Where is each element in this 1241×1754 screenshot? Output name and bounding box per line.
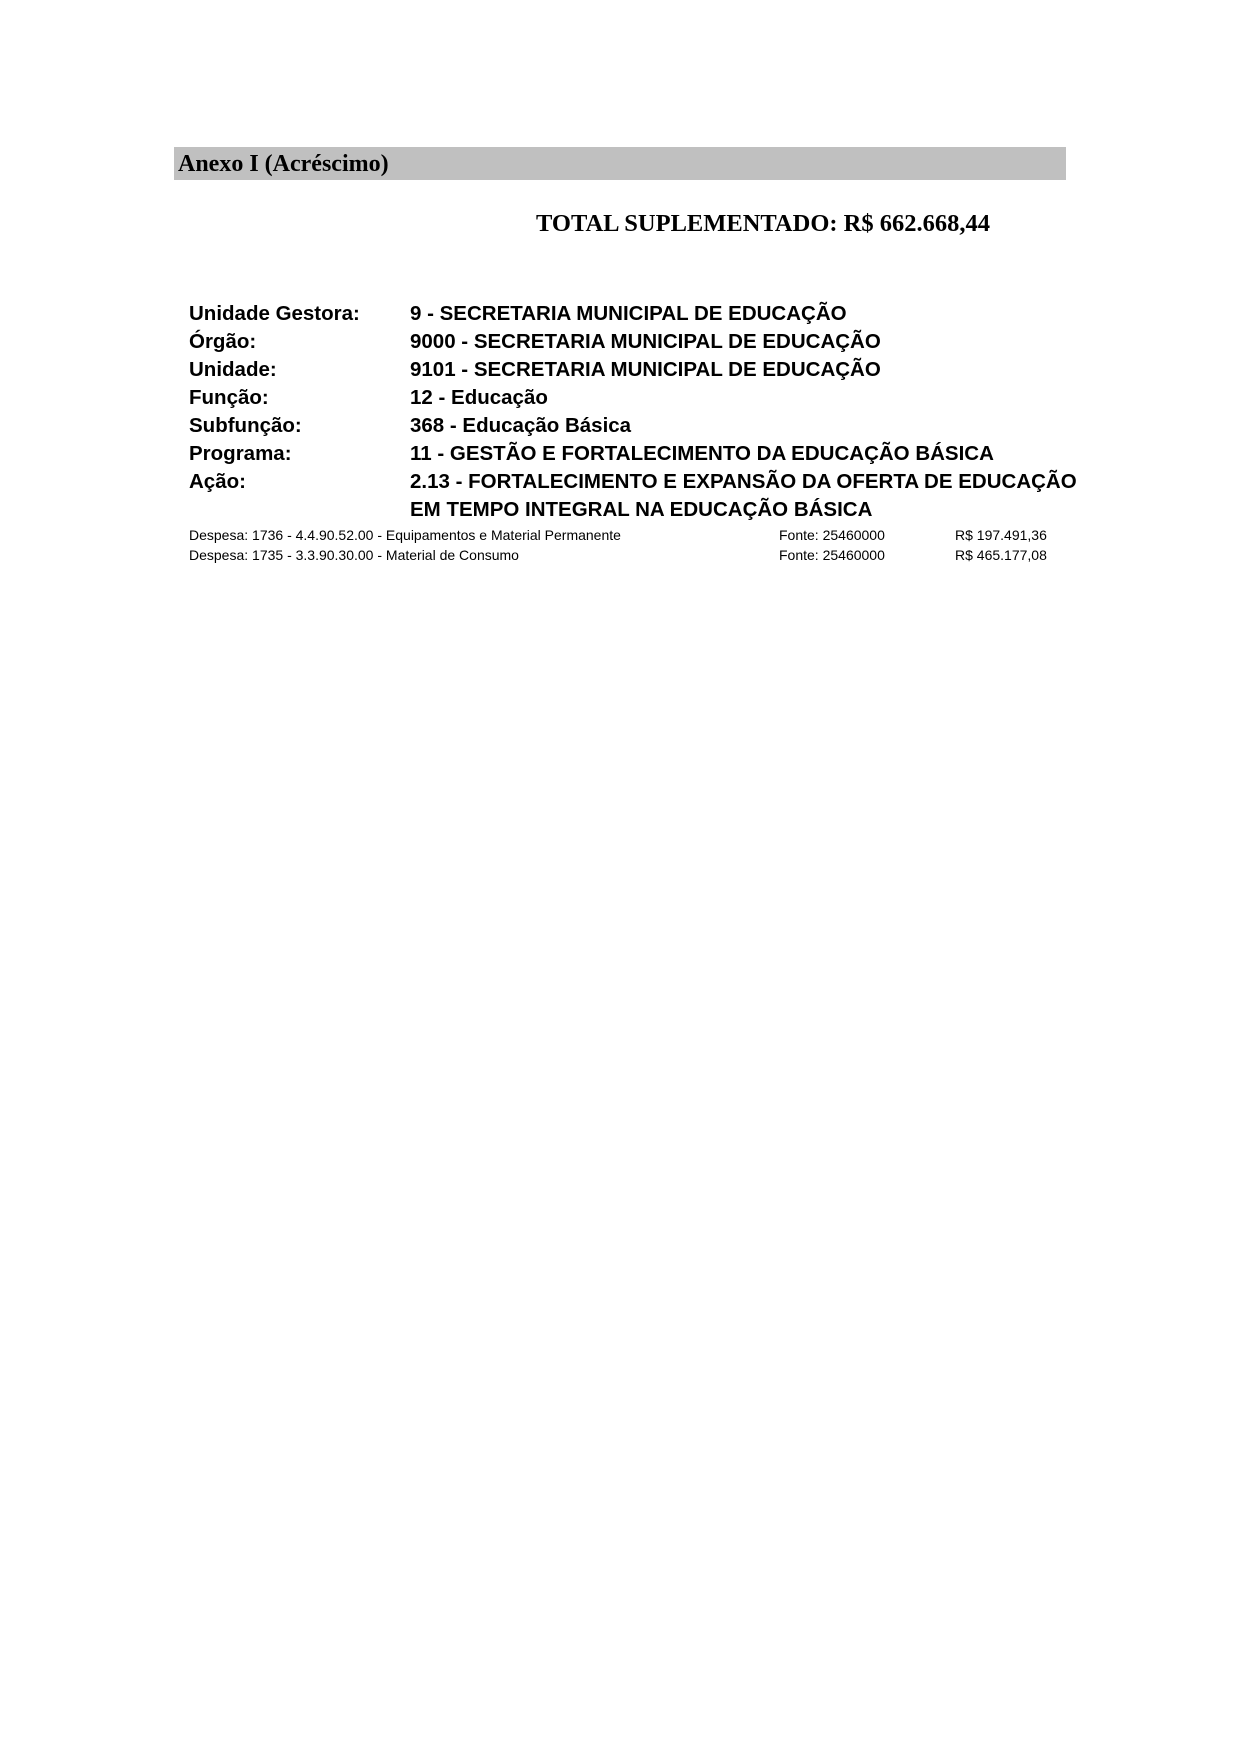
field-value: 9000 - SECRETARIA MUNICIPAL DE EDUCAÇÃO	[410, 328, 1069, 356]
field-label: Subfunção:	[189, 412, 410, 440]
expense-amount: R$ 465.177,08	[955, 545, 1047, 565]
field-subfuncao: Subfunção: 368 - Educação Básica	[189, 412, 1069, 440]
expense-row: Despesa: 1735 - 3.3.90.30.00 - Material …	[189, 545, 1069, 565]
field-label: Função:	[189, 384, 410, 412]
field-orgao: Órgão: 9000 - SECRETARIA MUNICIPAL DE ED…	[189, 328, 1069, 356]
field-value: 9101 - SECRETARIA MUNICIPAL DE EDUCAÇÃO	[410, 356, 1069, 384]
annex-title: Anexo I (Acréscimo)	[178, 149, 389, 179]
expense-fonte: Fonte: 25460000	[779, 545, 885, 565]
field-label: Órgão:	[189, 328, 410, 356]
field-unidade: Unidade: 9101 - SECRETARIA MUNICIPAL DE …	[189, 356, 1069, 384]
field-label: Programa:	[189, 440, 410, 468]
expense-amount: R$ 197.491,36	[955, 525, 1047, 545]
expense-fonte: Fonte: 25460000	[779, 525, 885, 545]
expense-description: Despesa: 1735 - 3.3.90.30.00 - Material …	[189, 545, 519, 565]
field-value: 11 - GESTÃO E FORTALECIMENTO DA EDUCAÇÃO…	[410, 440, 1069, 468]
field-label: Ação:	[189, 468, 410, 524]
field-value: 2.13 - FORTALECIMENTO E EXPANSÃO DA OFER…	[410, 468, 1077, 524]
field-acao: Ação: 2.13 - FORTALECIMENTO E EXPANSÃO D…	[189, 468, 1069, 524]
field-value: 12 - Educação	[410, 384, 1069, 412]
total-supplemented: TOTAL SUPLEMENTADO: R$ 662.668,44	[536, 209, 990, 239]
field-unidade-gestora: Unidade Gestora: 9 - SECRETARIA MUNICIPA…	[189, 300, 1069, 328]
field-funcao: Função: 12 - Educação	[189, 384, 1069, 412]
budget-classification: Unidade Gestora: 9 - SECRETARIA MUNICIPA…	[189, 300, 1069, 524]
field-label: Unidade Gestora:	[189, 300, 410, 328]
expense-list: Despesa: 1736 - 4.4.90.52.00 - Equipamen…	[189, 525, 1069, 565]
annex-header-bar: Anexo I (Acréscimo)	[174, 147, 1066, 180]
field-label: Unidade:	[189, 356, 410, 384]
expense-description: Despesa: 1736 - 4.4.90.52.00 - Equipamen…	[189, 525, 621, 545]
field-value: 9 - SECRETARIA MUNICIPAL DE EDUCAÇÃO	[410, 300, 1069, 328]
field-programa: Programa: 11 - GESTÃO E FORTALECIMENTO D…	[189, 440, 1069, 468]
field-value-line: 2.13 - FORTALECIMENTO E EXPANSÃO DA OFER…	[410, 468, 1077, 496]
expense-row: Despesa: 1736 - 4.4.90.52.00 - Equipamen…	[189, 525, 1069, 545]
field-value: 368 - Educação Básica	[410, 412, 1069, 440]
field-value-line: EM TEMPO INTEGRAL NA EDUCAÇÃO BÁSICA	[410, 496, 1077, 524]
